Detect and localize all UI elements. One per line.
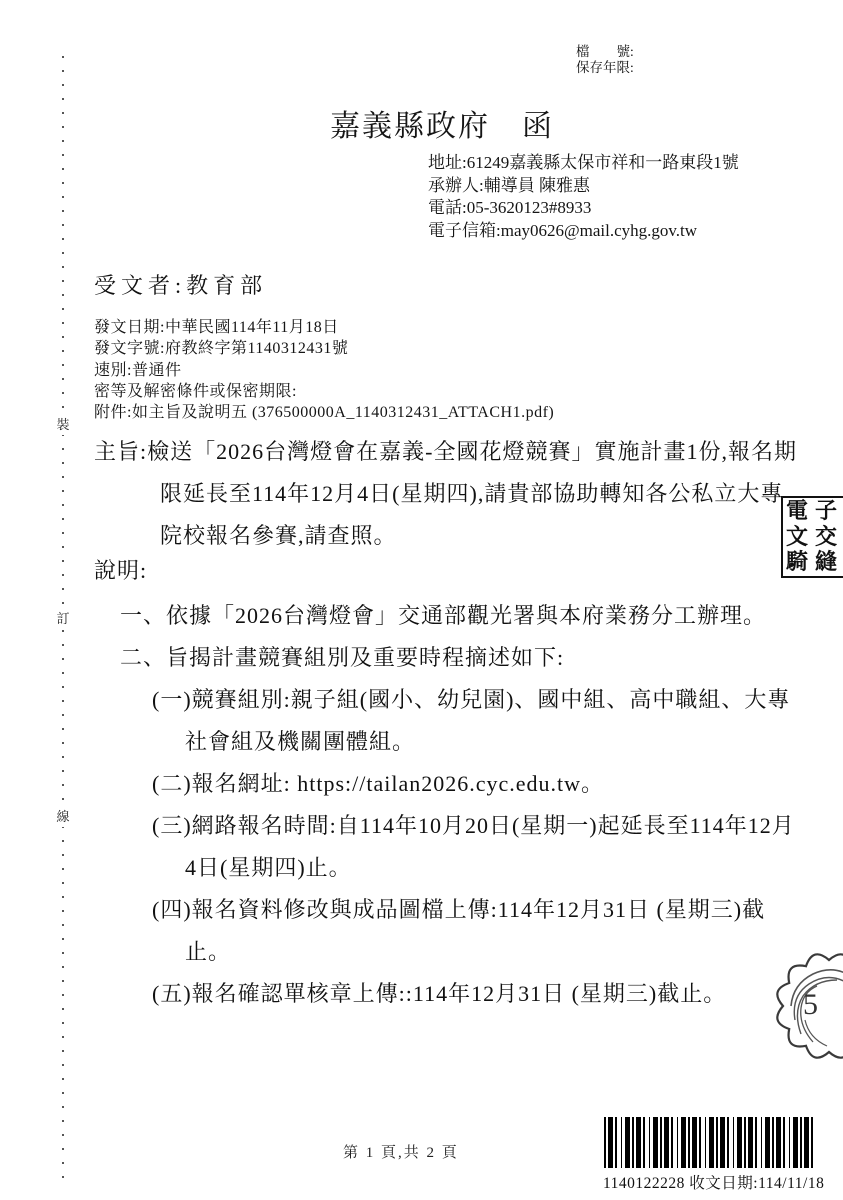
explanation-item-2: 二、旨揭計畫競賽組別及重要時程摘述如下: [120,637,812,679]
explanation-item-2-1: (一)競賽組別:親子組(國小、幼兒園)、國中組、高中職組、大專社會組及機關團體組… [152,679,797,763]
subject-paragraph: 主旨:檢送「2026台灣燈會在嘉義-全國花燈競賽」實施計畫1份,報名期限延長至1… [94,431,805,557]
issue-date-line: 發文日期:中華民國114年11月18日 [94,317,554,338]
explanation-item-2-3: (三)網路報名時間:自114年10月20日(星期一)起延長至114年12月4日(… [152,805,797,889]
explanation-item-2-2: (二)報名網址: https://tailan2026.cyc.edu.tw。 [152,763,797,805]
page-number: 第 1 頁,共 2 頁 [343,1141,459,1162]
sender-contact-person: 承辦人:輔導員 陳雅惠 [428,175,746,198]
recipient-line: 受文者:教育部 [94,269,267,300]
sender-address: 地址:61249嘉義縣太保市祥和一路東段1號 [428,152,746,175]
file-number-label: 檔 號: [576,44,634,60]
electronic-exchange-seam-stamp: 電子 文交 騎縫 [781,496,843,578]
document-meta-block: 發文日期:中華民國114年11月18日 發文字號:府教終字第1140312431… [94,317,554,423]
retention-period-label: 保存年限: [576,60,634,76]
sender-info-block: 地址:61249嘉義縣太保市祥和一路東段1號 承辦人:輔導員 陳雅惠 電話:05… [428,152,746,242]
barcode-caption: 1140122228 收文日期:114/11/18 [603,1171,824,1193]
speed-class-line: 速別:普通件 [94,360,554,381]
seal-number: 5 [803,988,818,1021]
sender-email: 電子信箱:may0626@mail.cyhg.gov.tw [428,220,746,243]
subject-label: 主旨: [94,439,147,464]
document-page: 裝 訂 線 檔 號: 保存年限: 嘉義縣政府 函 地址:61249嘉義縣太保市祥… [0,0,843,1200]
explanation-item-2-4: (四)報名資料修改與成品圖檔上傳:114年12月31日 (星期三)截止。 [152,889,797,973]
binding-label-zhuang: 裝 [50,412,76,435]
document-title: 嘉義縣政府 函 [330,101,554,145]
explanation-item-1: 一、依據「2026台灣燈會」交通部觀光署與本府業務分工辦理。 [120,595,812,637]
explanation-item-2-5: (五)報名確認單核章上傳::114年12月31日 (星期三)截止。 [152,973,797,1015]
barcode [604,1117,813,1168]
scalloped-seal-stamp: 5 [769,946,843,1066]
explanation-label: 說明: [94,554,147,585]
file-number-block: 檔 號: 保存年限: [576,44,634,76]
attachment-line: 附件:如主旨及說明五 (376500000A_1140312431_ATTACH… [94,402,554,423]
security-class-line: 密等及解密條件或保密期限: [94,381,554,402]
subject-text: 檢送「2026台灣燈會在嘉義-全國花燈競賽」實施計畫1份,報名期限延長至114年… [147,439,797,548]
explanation-items: 一、依據「2026台灣燈會」交通部觀光署與本府業務分工辦理。 二、旨揭計畫競賽組… [0,595,800,1015]
reference-number-line: 發文字號:府教終字第1140312431號 [94,338,554,359]
sender-phone: 電話:05-3620123#8933 [428,197,746,220]
